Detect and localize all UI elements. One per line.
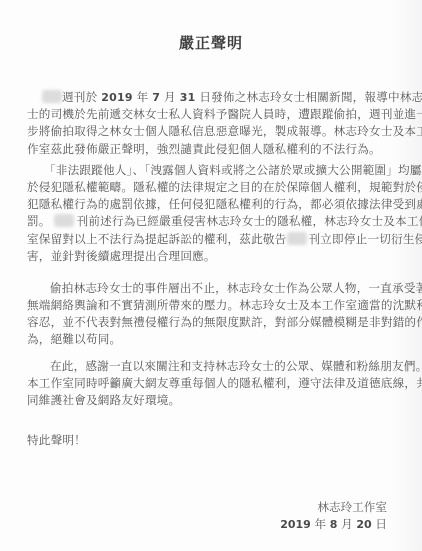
redacted-publication-name (287, 232, 307, 245)
paragraph-line: 士的司機於先前遞交林女士私人資料予醫院人員時，遭跟蹤偷拍，週刊並進一 (27, 107, 387, 121)
year-number: 2019 (101, 91, 132, 104)
date-unit: 日 (372, 517, 387, 531)
document-title: 嚴正聲明 (0, 32, 422, 53)
paragraph-line: 害，並針對後續處理提出合理回應。 (27, 249, 387, 263)
signature-date: 2019 年 8 月 20 日 (280, 516, 387, 532)
day-number: 31 (180, 91, 196, 104)
paragraph-line: 容忍，並不代表對無禮侵權行為的無限度默許，對部分媒體模糊是非對錯的作 (27, 315, 387, 329)
paragraph-line: 無端網絡輿論和不實猜測所帶來的壓力。林志玲女士及本工作室適當的沈默和 (27, 298, 387, 312)
text-segment: 刊立即停止一切衍生侵 (308, 232, 422, 246)
paragraph-line: 罰。刊前述行為已經嚴重侵害林志玲女士的隱私權，林志玲女士及本工作 (27, 214, 387, 228)
text-segment: 週刊於 (62, 90, 101, 104)
paragraph-line: 於侵犯隱私權範疇。隱私權的法律規定之目的在於保障個人權利，規範對於侵 (27, 180, 387, 194)
statement-page: 嚴正聲明 週刊於 2019 年 7 月 31 日發佈之林志玲女士相關新聞，報導中… (0, 0, 422, 551)
date-unit: 月 (337, 517, 356, 531)
closing-statement: 特此聲明！ (27, 433, 387, 447)
paragraph-line: 犯隱私權行為的處罰依據，任何侵犯隱私權利的行為，都必須依據法律受到處 (27, 197, 387, 211)
text-segment: 日發佈之林志玲女士相關新聞，報導中林志玲女 (195, 90, 422, 104)
signature-organization: 林志玲工作室 (317, 499, 387, 515)
text-segment: 室保留對以上不法行為提起訴訟的權利，茲此敬告 (27, 232, 286, 246)
paragraph-line: 步將偷拍取得之林女士個人隱私信息惡意曝光，製成報導。林志玲女士及本工 (27, 124, 387, 138)
date-day: 20 (356, 518, 371, 531)
redacted-publication-name (54, 214, 74, 227)
paragraph-line: 偷拍林志玲女士的事件層出不止，林志玲女士作為公眾人物，一直承受著 (50, 281, 387, 295)
text-segment: 月 (160, 90, 180, 104)
page-edge-shadow (392, 0, 422, 551)
date-year: 2019 (280, 518, 311, 531)
text-segment: 罰。 (27, 214, 51, 228)
paragraph-line: 本工作室同時呼籲廣大網友尊重每個人的隱私權利，遵守法律及道德底線，共 (27, 376, 387, 390)
paragraph-line: 室保留對以上不法行為提起訴訟的權利，茲此敬告刊立即停止一切衍生侵 (27, 232, 387, 246)
paragraph-line: 在此，感謝一直以來關注和支持林志玲女士的公眾、媒體和粉絲朋友們。 (50, 359, 387, 373)
text-segment: 年 (133, 90, 153, 104)
paragraph-line: 為，絕難以苟同。 (27, 332, 387, 346)
paragraph-line: 週刊於 2019 年 7 月 31 日發佈之林志玲女士相關新聞，報導中林志玲女 (42, 90, 379, 105)
month-number: 7 (152, 91, 160, 104)
date-unit: 年 (311, 517, 330, 531)
paragraph-line: 作室茲此發佈嚴正聲明，強烈譴責此侵犯個人隱私權利的不法行為。 (27, 142, 387, 156)
paragraph-line: 同維護社會及網路友好環境。 (27, 393, 387, 407)
paragraph-line: 「非法跟蹤他人」、「洩露個人資料或將之公諸於眾或擴大公開範圍」均屬 (44, 163, 381, 177)
redacted-publication-name (42, 90, 62, 103)
text-segment: 刊前述行為已經嚴重侵害林志玲女士的隱私權，林志玲女士及本工作 (77, 214, 422, 228)
